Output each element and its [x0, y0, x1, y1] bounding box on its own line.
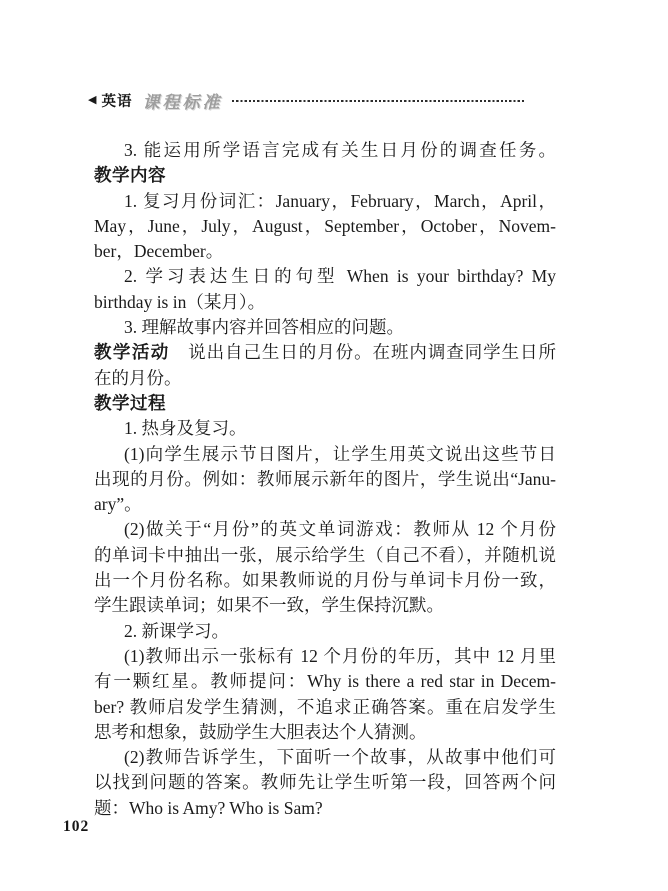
text-line: 有一颗红星。教师提问：Why is there a red star in De…	[94, 669, 556, 694]
text-line: 教学内容	[94, 163, 556, 188]
text-line: 1. 复习月份词汇：January，February，March，April，	[94, 189, 556, 214]
text-line: 以找到问题的答案。教师先让学生听第一段，回答两个问	[94, 770, 556, 795]
text-line: 1. 热身及复习。	[94, 416, 556, 441]
body-text: May，June，July，August，September，October，N…	[94, 216, 556, 236]
text-line: (1)向学生展示节日图片，让学生用英文说出这些节日	[94, 442, 556, 467]
page-number: 102	[63, 818, 89, 836]
text-line: ary”。	[94, 492, 556, 517]
body-text: 题：Who is Amy? Who is Sam?	[94, 798, 323, 818]
text-line: 教学活动 说出自己生日的月份。在班内调查同学生日所	[94, 340, 556, 365]
text-line: birthday is in（某月）。	[94, 290, 556, 315]
page-title: 课程标准	[142, 88, 222, 113]
body-text: 有一颗红星。教师提问：Why is there a red star in De…	[94, 671, 556, 691]
body-text: 以找到问题的答案。教师先让学生听第一段，回答两个问	[94, 772, 556, 792]
text-line: 思考和想象，鼓励学生大胆表达个人猜测。	[94, 720, 556, 745]
text-line: (2)教师告诉学生，下面听一个故事，从故事中他们可	[94, 745, 556, 770]
text-line: 3. 能运用所学语言完成有关生日月份的调查任务。	[94, 138, 556, 163]
text-line: (2)做关于“月份”的英文单词游戏：教师从 12 个月份	[94, 517, 556, 542]
text-line: 3. 理解故事内容并回答相应的问题。	[94, 315, 556, 340]
text-line: 出现的月份。例如：教师展示新年的图片，学生说出“Janu-	[94, 467, 556, 492]
body-text: ber? 教师启发学生猜测，不追求正确答案。重在启发学生	[94, 697, 556, 717]
bold-heading-text: 教学内容	[94, 165, 166, 185]
text-line: 的单词卡中抽出一张，展示给学生（自己不看），并随机说	[94, 543, 556, 568]
body-text: birthday is in（某月）。	[94, 292, 265, 312]
body-text: 出一个月份名称。如果教师说的月份与单词卡月份一致，	[94, 570, 556, 590]
body-text: 学生跟读单词；如果不一致，学生保持沉默。	[94, 595, 444, 615]
body-text: 说出自己生日的月份。在班内调查同学生日所	[170, 342, 556, 362]
bold-heading-text: 教学活动	[94, 342, 170, 362]
text-line: ber? 教师启发学生猜测，不追求正确答案。重在启发学生	[94, 695, 556, 720]
body-text: ary”。	[94, 494, 142, 514]
body-text: 2. 学习表达生日的句型 When is your birthday? My	[124, 266, 556, 286]
text-line: 题：Who is Amy? Who is Sam?	[94, 796, 556, 821]
body-text: 1. 热身及复习。	[124, 418, 247, 438]
text-line: 学生跟读单词；如果不一致，学生保持沉默。	[94, 593, 556, 618]
text-line: May，June，July，August，September，October，N…	[94, 214, 556, 239]
body-text: ber，December。	[94, 241, 223, 261]
text-line: (1)教师出示一张标有 12 个月份的年历，其中 12 月里	[94, 644, 556, 669]
text-line: 2. 学习表达生日的句型 When is your birthday? My	[94, 264, 556, 289]
text-line: 出一个月份名称。如果教师说的月份与单词卡月份一致，	[94, 568, 556, 593]
text-line: 在的月份。	[94, 366, 556, 391]
body-text: 1. 复习月份词汇：January，February，March，April，	[124, 191, 556, 211]
body-text: 3. 理解故事内容并回答相应的问题。	[124, 317, 404, 337]
body-text: 的单词卡中抽出一张，展示给学生（自己不看），并随机说	[94, 545, 556, 565]
body-text: (1)教师出示一张标有 12 个月份的年历，其中 12 月里	[124, 646, 556, 666]
page-header: ◀ 英语 课程标准	[88, 90, 524, 110]
body-text: (1)向学生展示节日图片，让学生用英文说出这些节日	[124, 444, 556, 464]
dotted-leader	[232, 100, 524, 103]
bold-heading-text: 教学过程	[94, 393, 166, 413]
body-text: (2)做关于“月份”的英文单词游戏：教师从 12 个月份	[124, 519, 556, 539]
body-text: (2)教师告诉学生，下面听一个故事，从故事中他们可	[124, 747, 556, 767]
body-text: 思考和想象，鼓励学生大胆表达个人猜测。	[94, 722, 427, 742]
book-page: ◀ 英语 课程标准 3. 能运用所学语言完成有关生日月份的调查任务。教学内容1.…	[0, 0, 668, 891]
document-body: 3. 能运用所学语言完成有关生日月份的调查任务。教学内容1. 复习月份词汇：Ja…	[94, 138, 556, 821]
series-label: 英语	[101, 90, 132, 111]
body-text: 2. 新课学习。	[124, 621, 229, 641]
text-line: 教学过程	[94, 391, 556, 416]
body-text: 出现的月份。例如：教师展示新年的图片，学生说出“Janu-	[94, 469, 556, 489]
body-text: 3. 能运用所学语言完成有关生日月份的调查任务。	[124, 140, 556, 160]
triangle-left-icon: ◀	[88, 95, 96, 106]
text-line: 2. 新课学习。	[94, 619, 556, 644]
body-text: 在的月份。	[94, 368, 182, 388]
text-line: ber，December。	[94, 239, 556, 264]
